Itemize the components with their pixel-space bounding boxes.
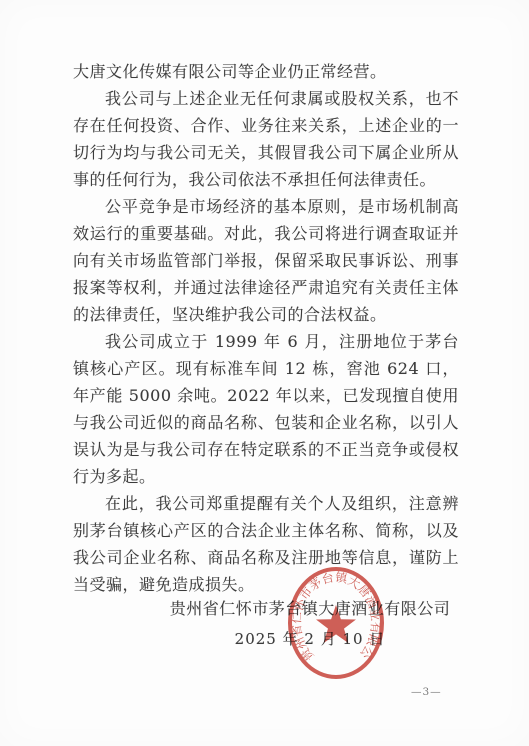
document-body: 大唐文化传媒有限公司等企业仍正常经营。 我公司与上述企业无任何隶属或股权关系，也…: [73, 58, 459, 598]
paragraph-2: 我公司与上述企业无任何隶属或股权关系，也不存在任何投资、合作、业务往来关系，上述…: [73, 85, 459, 193]
document-page: 大唐文化传媒有限公司等企业仍正常经营。 我公司与上述企业无任何隶属或股权关系，也…: [0, 0, 529, 746]
paragraph-1: 大唐文化传媒有限公司等企业仍正常经营。: [73, 58, 459, 85]
paragraph-4: 我公司成立于 1999 年 6 月，注册地位于茅台镇核心产区。现有标准车间 12…: [73, 328, 459, 490]
page-number: —3—: [411, 686, 442, 698]
seal-star-icon: [316, 605, 356, 643]
company-seal: 贵州省仁怀市茅台镇大唐酒业有限公司: [286, 566, 386, 680]
paragraph-3: 公平竞争是市场经济的基本原则，是市场机制高效运行的重要基础。对此，我公司将进行调…: [73, 193, 459, 328]
paragraph-5: 在此，我公司郑重提醒有关个人及组织，注意辨别茅台镇核心产区的合法企业主体名称、简…: [73, 490, 459, 598]
